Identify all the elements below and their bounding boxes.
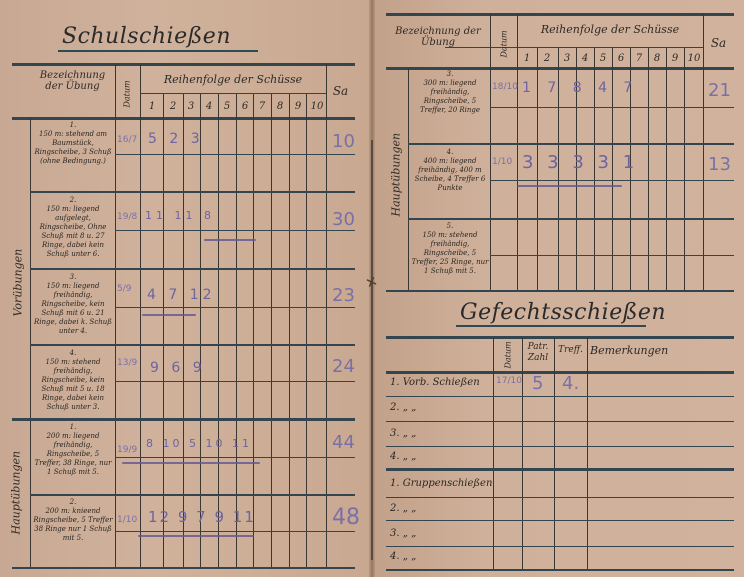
- title-underline: [456, 325, 646, 327]
- exercise-description: 150 m: stehend freihändig, Ringscheibe, …: [33, 358, 113, 412]
- shot-number-header: 5: [594, 53, 612, 64]
- exercise-description: 150 m: liegend aufgelegt, Ringscheibe, O…: [33, 205, 113, 259]
- col-divider-shot: [666, 48, 667, 290]
- row-rule: [386, 520, 734, 521]
- entry-date: 5/9: [117, 284, 131, 294]
- col-divider-shot: [163, 94, 164, 568]
- group-rule: [386, 468, 734, 471]
- col-divider-label: [493, 337, 494, 569]
- entry-date: 19/8: [117, 212, 137, 222]
- combat-row-label: 1. Vorb. Schießen: [390, 377, 480, 388]
- header-exercise: Bezeichnung der Übung: [30, 70, 115, 92]
- row-mid-rule: [115, 457, 355, 458]
- entry-date: 13/9: [117, 358, 137, 368]
- table-top-rule: [12, 63, 355, 66]
- table-bottom-rule: [12, 567, 355, 569]
- entry-date: 1/10: [117, 515, 137, 525]
- row-sum: 30: [332, 209, 355, 230]
- shot-number-header: 4: [200, 101, 218, 112]
- section-label-hauptubungen: Hauptübungen: [10, 455, 23, 535]
- shot-values: 12 9 7 9 11: [148, 508, 256, 526]
- col-divider-shot: [271, 94, 272, 568]
- ink-underline: [204, 239, 256, 241]
- shot-values: 4 7 12: [147, 287, 216, 303]
- header-sum: Sa: [326, 86, 355, 97]
- combat-row-label: 2. „ „: [390, 503, 416, 514]
- header-exercise: Bezeichnung der Übung: [386, 26, 490, 48]
- row-sum: 21: [708, 80, 731, 101]
- shot-number-rule: [140, 93, 326, 94]
- section-rule: [12, 418, 355, 421]
- right-page: Bezeichnung der Übung Datum Reihenfolge …: [372, 0, 744, 577]
- col-divider-sum: [326, 64, 327, 568]
- header-remarks: Bemerkungen: [590, 345, 700, 356]
- entry-date: 1/10: [492, 157, 512, 167]
- col-divider-shot: [236, 94, 237, 568]
- shot-values: 9 6 9: [150, 360, 206, 376]
- row-mid-rule: [115, 531, 355, 532]
- section-label-vorubungen: Vorübungen: [12, 237, 25, 317]
- header-date: Datum: [504, 335, 513, 369]
- shot-number-header: 10: [684, 53, 704, 64]
- shot-number-header: 8: [648, 53, 666, 64]
- shot-number-header: 9: [289, 101, 307, 112]
- hits-value: 4.: [562, 373, 579, 394]
- row-number: 1.: [33, 121, 113, 130]
- title-underline: [58, 50, 258, 52]
- row-mid-rule: [490, 180, 734, 181]
- col-divider-date: [522, 337, 523, 569]
- row-sum: 23: [332, 285, 355, 306]
- section-divider: [30, 118, 31, 568]
- header-shot-order: Reihenfolge der Schüsse: [140, 74, 326, 85]
- row-mid-rule: [115, 230, 355, 231]
- row-number: 5.: [410, 222, 490, 231]
- shot-number-header: 7: [253, 101, 271, 112]
- row-rule: [30, 494, 355, 496]
- row-rule: [386, 446, 734, 447]
- shot-number-header: 6: [236, 101, 254, 112]
- shot-number-header: 7: [630, 53, 648, 64]
- exercise-description: 400 m: liegend freihändig, 400 m Scheibe…: [410, 157, 490, 193]
- col-divider-exercise: [115, 64, 116, 568]
- col-divider-shot: [684, 48, 685, 290]
- shot-number-header: 1: [518, 53, 536, 64]
- binding-thread: [371, 140, 373, 560]
- header-date: Datum: [123, 74, 132, 108]
- row-rule: [30, 344, 355, 346]
- row-mid-rule: [115, 381, 355, 382]
- shot-number-header: 3: [558, 53, 576, 64]
- shot-values: 11 11 8: [145, 209, 215, 222]
- header-sum: Sa: [703, 38, 734, 49]
- shot-number-header: 2: [164, 101, 182, 112]
- col-divider-shot: [183, 94, 184, 568]
- shot-number-header: 8: [271, 101, 289, 112]
- table-bottom-rule: [386, 290, 734, 292]
- table-top-rule: [386, 13, 734, 16]
- entry-date: 19/9: [117, 445, 137, 455]
- section-label-hauptubungen: Hauptübungen: [390, 137, 403, 217]
- ink-underline: [122, 462, 260, 464]
- row-number: 2.: [33, 498, 113, 507]
- shot-values: 1 7 8 4 7: [522, 80, 638, 96]
- row-rule: [408, 218, 734, 220]
- exercise-description: 150 m: stehend freihändig, Ringscheibe, …: [410, 231, 490, 276]
- ink-underline: [517, 185, 622, 187]
- row-sum: 48: [332, 505, 360, 530]
- col-divider-shot: [253, 94, 254, 568]
- table-bottom-rule: [386, 569, 734, 571]
- shot-number-header: 1: [143, 101, 161, 112]
- row-number: 1.: [33, 423, 113, 432]
- row-sum: 24: [332, 356, 355, 377]
- left-page: Schulschießen Bezeichnung der Übung Datu…: [0, 0, 372, 577]
- row-rule: [386, 546, 734, 547]
- row-rule: [386, 421, 734, 422]
- row-rule: [30, 191, 355, 193]
- col-divider-shot: [200, 94, 201, 568]
- exercise-description: 300 m: liegend freihändig, Ringscheibe, …: [410, 79, 490, 115]
- page-title-schulschiessen: Schulschießen: [62, 24, 231, 49]
- shot-number-header: 6: [612, 53, 630, 64]
- entry-date: 16/7: [117, 135, 137, 145]
- combat-row-label: 1. Gruppenschießen: [390, 478, 492, 489]
- row-sum: 13: [708, 154, 731, 175]
- row-mid-rule: [490, 255, 734, 256]
- shot-number-header: 9: [666, 53, 684, 64]
- row-rule: [386, 497, 734, 498]
- shot-values: 8 10 5 10 11: [146, 437, 252, 450]
- combat-row-label: 4. „ „: [390, 551, 416, 562]
- combat-row-label: 2. „ „: [390, 402, 416, 413]
- row-number: 4.: [33, 349, 113, 358]
- section-title-gefechtsschiessen: Gefechtsschießen: [460, 300, 666, 325]
- row-number: 3.: [33, 273, 113, 282]
- header-cartridge-count: Patr. Zahl: [522, 342, 554, 364]
- shot-number-header: 10: [307, 101, 327, 112]
- shot-number-header: 4: [576, 53, 594, 64]
- shot-values: 5 2 3: [148, 131, 204, 147]
- row-number: 3.: [410, 70, 490, 79]
- row-mid-rule: [115, 154, 355, 155]
- exercise-description: 150 m: liegend freihändig, Ringscheibe, …: [33, 282, 113, 336]
- combat-header-bottom-rule: [386, 371, 734, 374]
- col-divider-shot: [306, 94, 307, 568]
- combat-row-label: 3. „ „: [390, 528, 416, 539]
- shot-number-header: 3: [182, 101, 200, 112]
- col-divider-shot: [218, 94, 219, 568]
- row-mid-rule: [490, 107, 734, 108]
- col-divider-hits: [587, 337, 588, 569]
- row-number: 4.: [410, 148, 490, 157]
- shot-number-header: 5: [218, 101, 236, 112]
- entry-date: 17/10: [496, 376, 522, 386]
- header-hits: Treff.: [554, 345, 587, 356]
- col-divider-shot: [648, 48, 649, 290]
- row-number: 2.: [33, 196, 113, 205]
- row-sum: 44: [332, 432, 355, 453]
- row-rule: [30, 268, 355, 270]
- row-sum: 10: [332, 131, 355, 152]
- exercise-description: 150 m: stehend am Baumstück, Ringscheibe…: [33, 130, 113, 166]
- header-shot-order: Reihenfolge der Schüsse: [517, 24, 703, 35]
- cartridge-count: 5: [532, 373, 543, 394]
- combat-table-top-rule: [386, 336, 734, 339]
- col-divider-count: [554, 337, 555, 569]
- header-date: Datum: [500, 24, 509, 58]
- col-divider-date: [140, 64, 141, 568]
- section-divider: [408, 68, 409, 290]
- row-mid-rule: [115, 307, 355, 308]
- combat-row-label: 3. „ „: [390, 428, 416, 439]
- row-rule: [386, 396, 734, 397]
- entry-date: 18/10: [492, 82, 518, 92]
- shot-values: 3 3 3 3 1: [522, 152, 638, 173]
- exercise-description: 200 m: knieend Ringscheibe, 5 Treffer 38…: [33, 507, 113, 543]
- exercise-description: 200 m: liegend freihändig, Ringscheibe, …: [33, 432, 113, 477]
- shot-number-header: 2: [538, 53, 556, 64]
- ink-underline: [138, 535, 254, 537]
- col-divider-exercise: [490, 14, 491, 290]
- col-divider-shot: [289, 94, 290, 568]
- row-rule: [408, 143, 734, 145]
- ink-underline: [142, 314, 196, 316]
- combat-row-label: 4. „ „: [390, 451, 416, 462]
